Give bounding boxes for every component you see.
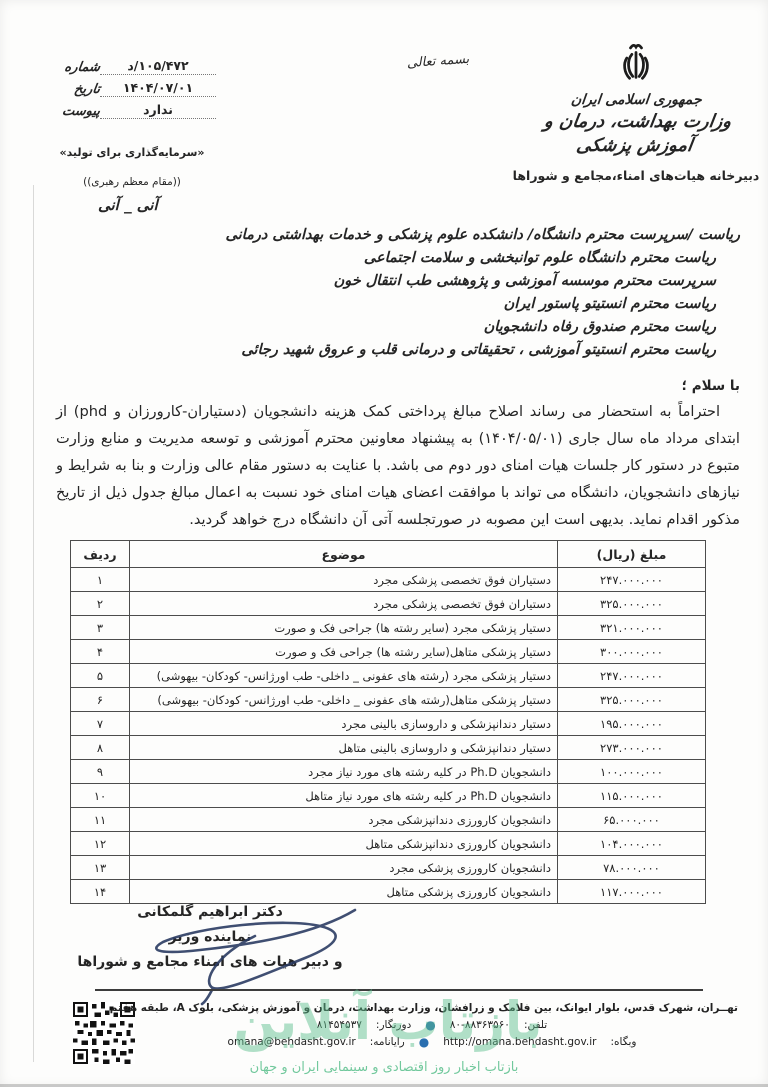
row-number-cell: ۱۲ xyxy=(71,832,130,856)
amount-cell: ۳۲۵.۰۰۰.۰۰۰ xyxy=(558,592,706,616)
amount-cell: ۲۷۳.۰۰۰.۰۰۰ xyxy=(558,736,706,760)
table-row: ۲۷۳.۰۰۰.۰۰۰دستیار دندانپزشکی و داروسازی … xyxy=(71,736,706,760)
table-row: ۱۰۴.۰۰۰.۰۰۰دانشجویان کارورزی دندانپزشکی … xyxy=(71,832,706,856)
bismillah: بسمه تعالی xyxy=(388,51,489,73)
recipient-line: ریاست محترم انستیتو پاستور ایران xyxy=(40,293,740,316)
watermark-tagline: بازتاب اخبار روز اقتصادی و سینمایی ایران… xyxy=(0,1060,768,1075)
amount-cell: ۳۲۵.۰۰۰.۰۰۰ xyxy=(558,688,706,712)
amount-cell: ۶۵.۰۰۰.۰۰۰ xyxy=(558,808,706,832)
iran-emblem-icon xyxy=(613,38,659,90)
row-number-cell: ۲ xyxy=(71,592,130,616)
scanned-letter-page: جمهوری اسلامی ایران وزارت بهداشت، درمان … xyxy=(0,0,768,1087)
letter-body: احتراماً به استحضار می رساند اصلاح مبالغ… xyxy=(56,398,740,533)
subject-cell: دستیاران فوق تخصصی پزشکی مجرد xyxy=(130,568,558,592)
amount-cell: ۳۰۰.۰۰۰.۰۰۰ xyxy=(558,640,706,664)
table-row: ۳۰۰.۰۰۰.۰۰۰دستیار پزشکی متاهل(سایر رشته … xyxy=(71,640,706,664)
amount-cell: ۷۸.۰۰۰.۰۰۰ xyxy=(558,856,706,880)
amount-cell: ۱۱۵.۰۰۰.۰۰۰ xyxy=(558,784,706,808)
letter-number-label: شماره xyxy=(57,60,101,75)
signer-title-2: و دبیر هیات های امناء مجامع و شوراها xyxy=(70,950,350,975)
subject-cell: دانشجویان کارورزی پزشکی مجرد xyxy=(130,856,558,880)
table-row: ۲۴۷.۰۰۰.۰۰۰دستیار پزشکی مجرد (رشته های ع… xyxy=(71,664,706,688)
table-row: ۱۱۵.۰۰۰.۰۰۰دانشجویان Ph.D در کلیه رشته ه… xyxy=(71,784,706,808)
row-number-cell: ۳ xyxy=(71,616,130,640)
row-number-cell: ۱ xyxy=(71,568,130,592)
ministry-title: وزارت بهداشت، درمان و آموزش پزشکی xyxy=(513,110,760,158)
letter-attachment-value: ندارد xyxy=(100,102,216,119)
table-row: ۷۸.۰۰۰.۰۰۰دانشجویان کارورزی پزشکی مجرد۱۳ xyxy=(71,856,706,880)
secretariat-title: دبیرخانه هیات‌های امناء،مجامع و شوراها xyxy=(513,168,760,183)
subject-cell: دانشجویان Ph.D در کلیه رشته های مورد نیا… xyxy=(130,784,558,808)
table-row: ۱۹۵.۰۰۰.۰۰۰دستیار دندانپزشکی و داروسازی … xyxy=(71,712,706,736)
subject-header: موضوع xyxy=(130,541,558,568)
row-number-header: ردیف xyxy=(71,541,130,568)
letter-meta: ۱۰۵/۴۷۲/د شماره ۱۴۰۴/۰۷/۰۱ تاریخ ندارد پ… xyxy=(58,58,216,124)
year-slogan: «سرمایه‌گذاری برای تولید» xyxy=(52,146,212,159)
amount-header: مبلغ (ریال) xyxy=(558,541,706,568)
table-row: ۳۲۵.۰۰۰.۰۰۰دستیار پزشکی متاهل(رشته های ع… xyxy=(71,688,706,712)
letter-number-value: ۱۰۵/۴۷۲/د xyxy=(100,58,216,75)
salutation: با سلام ؛ xyxy=(682,378,740,394)
row-number-cell: ۹ xyxy=(71,760,130,784)
subject-cell: دستیار پزشکی متاهل(سایر رشته ها) جراحی ف… xyxy=(130,640,558,664)
amount-cell: ۱۰۴.۰۰۰.۰۰۰ xyxy=(558,832,706,856)
recipient-list: ریاست /سرپرست محترم دانشگاه/ دانشکده علو… xyxy=(40,224,740,362)
website-label: وبگاه: xyxy=(610,1034,636,1051)
table-row: ۶۵.۰۰۰.۰۰۰دانشجویان کارورزی دندانپزشکی م… xyxy=(71,808,706,832)
stipend-table: مبلغ (ریال) موضوع ردیف ۲۴۷.۰۰۰.۰۰۰دستیار… xyxy=(70,540,706,904)
subject-cell: دانشجویان کارورزی دندانپزشکی متاهل xyxy=(130,832,558,856)
letter-attachment-row: ندارد پیوست xyxy=(58,102,216,119)
year-slogan-attribution: ((مقام معظم رهبری)) xyxy=(62,176,202,188)
signature-block: دکتر ابراهیم گلمکانی نماینده وزیر و دبیر… xyxy=(70,900,350,975)
letterhead: جمهوری اسلامی ایران وزارت بهداشت، درمان … xyxy=(516,38,756,183)
signer-title-1: نماینده وزیر xyxy=(70,925,350,950)
subject-cell: دستیاران فوق تخصصی پزشکی مجرد xyxy=(130,592,558,616)
urgency-label: آنی _ آنی xyxy=(98,196,158,214)
row-number-cell: ۷ xyxy=(71,712,130,736)
table-row: ۳۲۱.۰۰۰.۰۰۰دستیار پزشکی مجرد (سایر رشته … xyxy=(71,616,706,640)
subject-cell: دانشجویان کارورزی دندانپزشکی مجرد xyxy=(130,808,558,832)
amount-cell: ۲۴۷.۰۰۰.۰۰۰ xyxy=(558,568,706,592)
recipient-line: ریاست /سرپرست محترم دانشگاه/ دانشکده علو… xyxy=(40,224,740,247)
recipient-line: ریاست محترم دانشگاه علوم توانبخشی و سلام… xyxy=(40,247,740,270)
republic-title: جمهوری اسلامی ایران xyxy=(570,92,702,108)
subject-cell: دستیار دندانپزشکی و داروسازی بالینی متاه… xyxy=(130,736,558,760)
letter-date-value: ۱۴۰۴/۰۷/۰۱ xyxy=(100,80,216,97)
amount-cell: ۱۹۵.۰۰۰.۰۰۰ xyxy=(558,712,706,736)
recipient-line: سرپرست محترم موسسه آموزشی و پژوهشی طب ان… xyxy=(40,270,740,293)
watermark-logo: بازتاب آنلاین xyxy=(168,991,608,1052)
letter-date-label: تاریخ xyxy=(57,82,101,97)
subject-cell: دستیار دندانپزشکی و داروسازی بالینی مجرد xyxy=(130,712,558,736)
row-number-cell: ۵ xyxy=(71,664,130,688)
table-row: ۳۲۵.۰۰۰.۰۰۰دستیاران فوق تخصصی پزشکی مجرد… xyxy=(71,592,706,616)
row-number-cell: ۱۱ xyxy=(71,808,130,832)
scan-edge-line xyxy=(33,185,34,1062)
amount-cell: ۱۰۰.۰۰۰.۰۰۰ xyxy=(558,760,706,784)
recipient-line: ریاست محترم انستیتو آموزشی ، تحقیقاتی و … xyxy=(40,339,740,362)
table-header-row: مبلغ (ریال) موضوع ردیف xyxy=(71,541,706,568)
recipient-line: ریاست محترم صندوق رفاه دانشجویان xyxy=(40,316,740,339)
table-row: ۲۴۷.۰۰۰.۰۰۰دستیاران فوق تخصصی پزشکی مجرد… xyxy=(71,568,706,592)
letter-number-row: ۱۰۵/۴۷۲/د شماره xyxy=(58,58,216,75)
subject-cell: دستیار پزشکی مجرد (رشته های عفونی _ داخل… xyxy=(130,664,558,688)
amount-cell: ۲۴۷.۰۰۰.۰۰۰ xyxy=(558,664,706,688)
amount-cell: ۱۱۷.۰۰۰.۰۰۰ xyxy=(558,880,706,904)
letter-attachment-label: پیوست xyxy=(57,104,101,119)
subject-cell: دستیار پزشکی متاهل(رشته های عفونی _ داخل… xyxy=(130,688,558,712)
row-number-cell: ۱۰ xyxy=(71,784,130,808)
signer-name: دکتر ابراهیم گلمکانی xyxy=(70,900,350,925)
row-number-cell: ۶ xyxy=(71,688,130,712)
subject-cell: دستیار پزشکی مجرد (سایر رشته ها) جراحی ف… xyxy=(130,616,558,640)
subject-cell: دانشجویان Ph.D در کلیه رشته های مورد نیا… xyxy=(130,760,558,784)
row-number-cell: ۴ xyxy=(71,640,130,664)
row-number-cell: ۱۳ xyxy=(71,856,130,880)
amount-cell: ۳۲۱.۰۰۰.۰۰۰ xyxy=(558,616,706,640)
row-number-cell: ۸ xyxy=(71,736,130,760)
letter-date-row: ۱۴۰۴/۰۷/۰۱ تاریخ xyxy=(58,80,216,97)
table-row: ۱۰۰.۰۰۰.۰۰۰دانشجویان Ph.D در کلیه رشته ه… xyxy=(71,760,706,784)
